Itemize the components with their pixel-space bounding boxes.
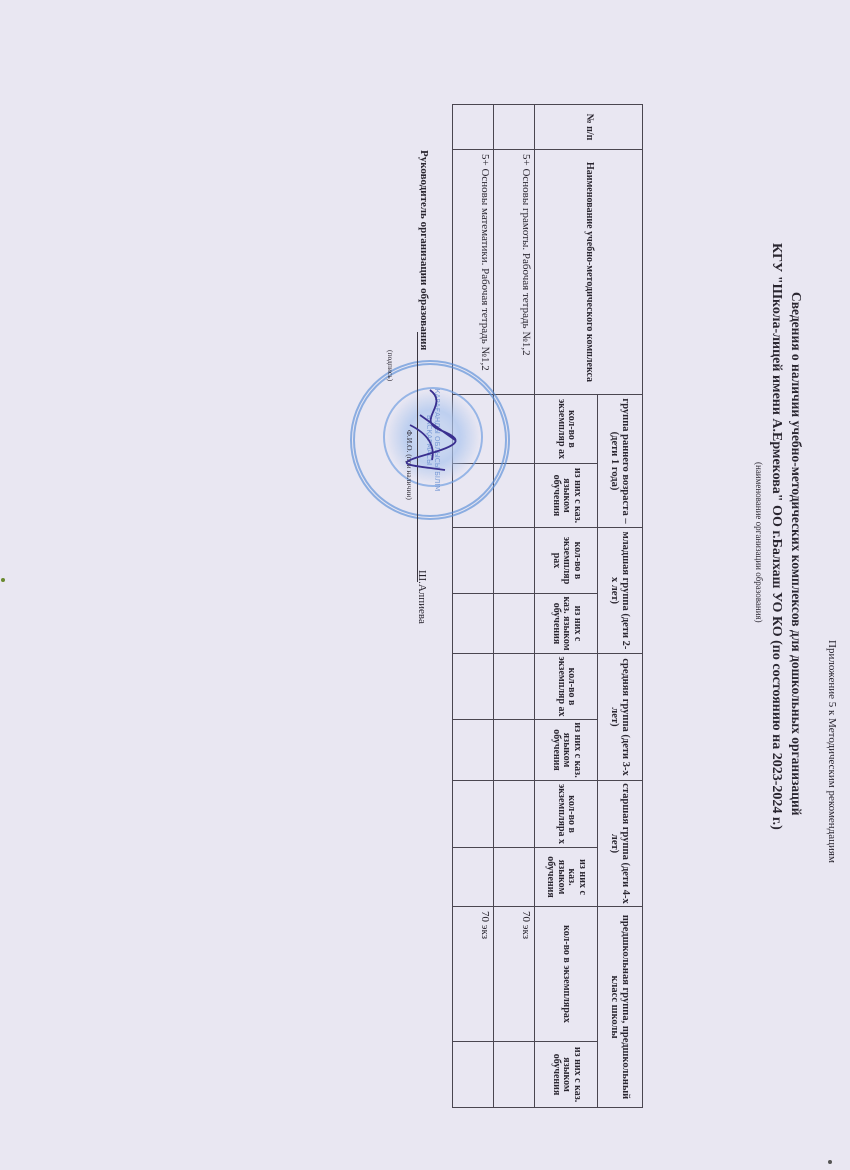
table-row: 5+ Основы грамоты. Рабочая тетрадь №1,2 … [494, 105, 535, 1108]
cell: 70 экз [453, 907, 494, 1042]
group-header-early: группа раннего возраста – (дети 1 года) [598, 395, 643, 528]
cell [453, 1042, 494, 1108]
header-row-groups: № п/п Наименование учебно-методического … [598, 105, 643, 1108]
signer-name: Ш.Алпиева [416, 570, 428, 624]
subheader-kaz: из них с каз. языком обучения [535, 594, 598, 654]
cell [453, 848, 494, 907]
subheader-count: кол-во в экземпляр рах [535, 528, 598, 594]
group-header-preschool: предшкольная группа, предшкольный класс … [598, 907, 643, 1108]
table-row: 5+ Основы математики. Рабочая тетрадь №1… [453, 105, 494, 1108]
appendix-note: Приложение 5 к Методическим рекомендация… [826, 640, 838, 863]
cell [494, 848, 535, 907]
cell: 70 экз [494, 907, 535, 1042]
cell [494, 594, 535, 654]
cell [494, 528, 535, 594]
cell [453, 654, 494, 720]
row-name: 5+ Основы грамоты. Рабочая тетрадь №1,2 [494, 150, 535, 395]
cell [494, 1042, 535, 1108]
group-header-junior: младшая группа (дети 2-х лет) [598, 528, 643, 654]
document-title: Сведения о наличии учебно-методических к… [788, 292, 804, 816]
cell [494, 720, 535, 781]
subheader-count: кол-во в экземпляр ах [535, 395, 598, 464]
group-header-middle: средняя группа (дети 3-х лет) [598, 654, 643, 781]
subheader-kaz: из них с каз. языком обучения [535, 464, 598, 528]
col-name-header: Наименование учебно-методического компле… [535, 150, 643, 395]
subheader-count: кол-во в экземпляр ах [535, 654, 598, 720]
subheader-count: кол-во в экземплярах [535, 907, 598, 1042]
document-page: Приложение 5 к Методическим рекомендация… [0, 0, 850, 1170]
row-number [453, 105, 494, 150]
cell [494, 654, 535, 720]
scan-speck [1, 578, 5, 582]
cell [453, 720, 494, 781]
cell [453, 528, 494, 594]
signature-caption: (подпись) [386, 350, 395, 381]
cell [453, 594, 494, 654]
group-header-senior: старшая группа (дети 4-х лет) [598, 781, 643, 907]
subheader-count: кол-во в экземпляра х [535, 781, 598, 848]
row-name: 5+ Основы математики. Рабочая тетрадь №1… [453, 150, 494, 395]
scan-speck [828, 1160, 832, 1164]
cell [494, 781, 535, 848]
subheader-kaz: из них с каз. языком обучения [535, 848, 598, 907]
col-number-header: № п/п [535, 105, 643, 150]
signature-icon [400, 385, 470, 475]
row-number [494, 105, 535, 150]
organization-caption: (наименование организации образования) [754, 462, 764, 623]
subheader-kaz: из них с каз. языком обучения [535, 720, 598, 781]
organization-title: КГУ "Школа-лицей имени А.Ермекова" ОО г.… [768, 243, 784, 830]
umk-table: № п/п Наименование учебно-методического … [452, 104, 643, 1108]
subheader-kaz: из них с каз. языком обучения [535, 1042, 598, 1108]
cell [453, 781, 494, 848]
signer-label: Руководитель организации образования [418, 150, 430, 350]
